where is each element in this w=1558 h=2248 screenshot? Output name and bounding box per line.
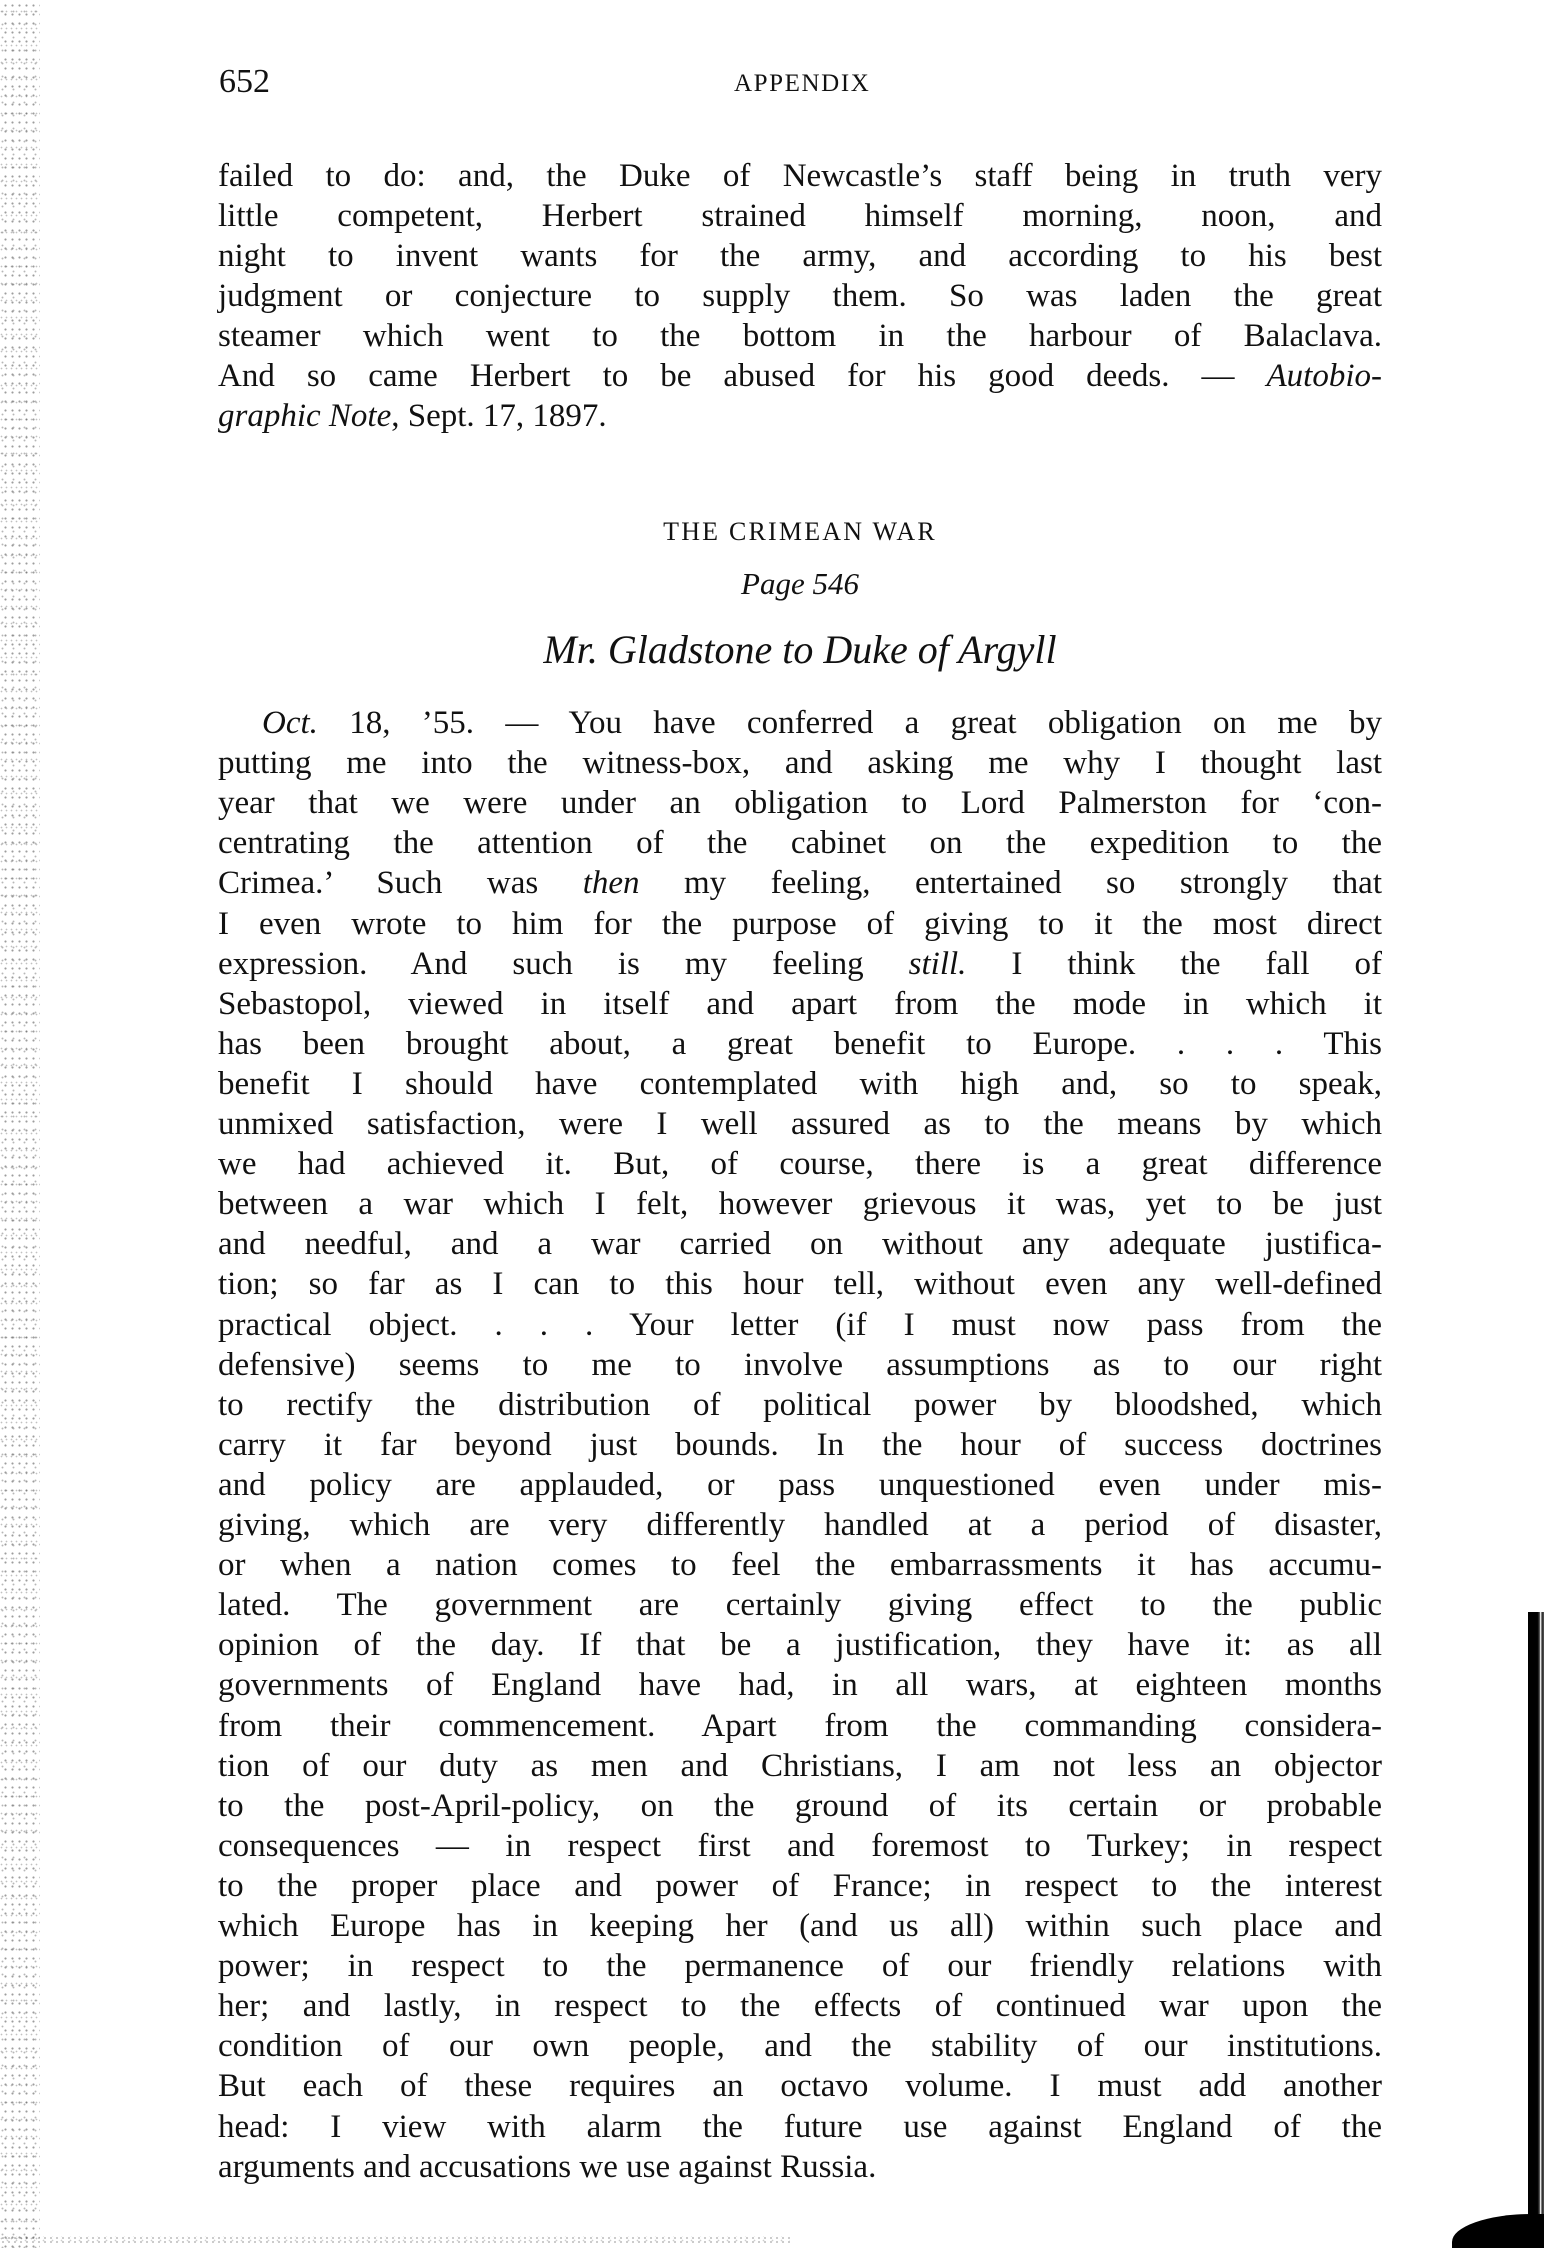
text-run: Sebastopol, viewed in itself and apart f… <box>218 986 1382 1022</box>
text-run: year that we were under an obligation to… <box>218 785 1382 821</box>
italic-text: Oct. <box>262 705 318 741</box>
text-line: giving, which are very differently handl… <box>218 1505 1382 1545</box>
text-run: practical object. . . . Your letter (if … <box>218 1307 1382 1343</box>
text-line: governments of England have had, in all … <box>218 1665 1382 1705</box>
text-line: lated. The government are certainly givi… <box>218 1585 1382 1625</box>
text-line: we had achieved it. But, of course, ther… <box>218 1144 1382 1184</box>
text-line: I even wrote to him for the purpose of g… <box>218 904 1382 944</box>
text-line: steamer which went to the bottom in the … <box>218 316 1382 356</box>
text-line: putting me into the witness-box, and ask… <box>218 743 1382 783</box>
text-run: or when a nation comes to feel the embar… <box>218 1547 1382 1583</box>
text-run: opinion of the day. If that be a justifi… <box>218 1627 1382 1663</box>
text-line: between a war which I felt, however grie… <box>218 1184 1382 1224</box>
text-line: practical object. . . . Your letter (if … <box>218 1305 1382 1345</box>
page-edge-shadow-foot <box>1452 2214 1544 2248</box>
text-line: centrating the attention of the cabinet … <box>218 823 1382 863</box>
text-run: her; and lastly, in respect to the effec… <box>218 1988 1382 2024</box>
scan-noise-left-edge <box>0 0 40 2248</box>
text-run: expression. And such is my feeling <box>218 946 909 982</box>
text-run: my feeling, entertained so strongly that <box>640 865 1382 901</box>
text-line: to the proper place and power of France;… <box>218 1866 1382 1906</box>
text-line: which Europe has in keeping her (and us … <box>218 1906 1382 1946</box>
text-run: power; in respect to the permanence of o… <box>218 1948 1382 1984</box>
text-line: carry it far beyond just bounds. In the … <box>218 1425 1382 1465</box>
text-line: defensive) seems to me to involve assump… <box>218 1345 1382 1385</box>
text-run: to the post-April-policy, on the ground … <box>218 1788 1382 1824</box>
text-line: Sebastopol, viewed in itself and apart f… <box>218 984 1382 1024</box>
text-line: Oct. 18, ’55. — You have conferred a gre… <box>262 703 1382 743</box>
italic-text: Autobio- <box>1267 358 1382 394</box>
page-number: 652 <box>219 62 270 102</box>
text-line: tion; so far as I can to this hour tell,… <box>218 1264 1382 1304</box>
text-run: 18, ’55. — You have conferred a great ob… <box>318 705 1382 741</box>
text-line: But each of these requires an octavo vol… <box>218 2066 1382 2106</box>
text-run: unmixed satisfaction, were I well assure… <box>218 1106 1382 1142</box>
text-line: consequences — in respect first and fore… <box>218 1826 1382 1866</box>
section-heading: THE CRIMEAN WAR <box>218 514 1382 550</box>
text-run: from their commencement. Apart from the … <box>218 1708 1382 1744</box>
text-run: steamer which went to the bottom in the … <box>218 318 1382 354</box>
page-edge-shadow <box>1528 1612 1544 2248</box>
text-line: arguments and accusations we use against… <box>218 2147 1382 2187</box>
text-run: putting me into the witness-box, and ask… <box>218 745 1382 781</box>
text-line: to rectify the distribution of political… <box>218 1385 1382 1425</box>
text-run: Crimea.’ Such was <box>218 865 583 901</box>
text-run: And so came Herbert to be abused for his… <box>218 358 1267 394</box>
book-page: 652 APPENDIX failed to do: and, the Duke… <box>0 0 1558 2248</box>
text-run: lated. The government are certainly givi… <box>218 1587 1382 1623</box>
text-run: and policy are applauded, or pass unques… <box>218 1467 1382 1503</box>
text-line: her; and lastly, in respect to the effec… <box>218 1986 1382 2026</box>
running-title: APPENDIX <box>734 64 870 104</box>
text-line: tion of our duty as men and Christians, … <box>218 1746 1382 1786</box>
text-line: And so came Herbert to be abused for his… <box>218 356 1382 396</box>
text-line: and needful, and a war carried on withou… <box>218 1224 1382 1264</box>
text-line: expression. And such is my feeling still… <box>218 944 1382 984</box>
text-run: between a war which I felt, however grie… <box>218 1186 1382 1222</box>
text-run: I think the fall of <box>966 946 1382 982</box>
text-line: unmixed satisfaction, were I well assure… <box>218 1104 1382 1144</box>
text-line: judgment or conjecture to supply them. S… <box>218 276 1382 316</box>
text-line: power; in respect to the permanence of o… <box>218 1946 1382 1986</box>
text-line: to the post-April-policy, on the ground … <box>218 1786 1382 1826</box>
text-run: judgment or conjecture to supply them. S… <box>218 278 1382 314</box>
text-run: benefit I should have contemplated with … <box>218 1066 1382 1102</box>
page-reference: Page 546 <box>218 566 1382 602</box>
text-run: consequences — in respect first and fore… <box>218 1828 1382 1864</box>
text-run: , Sept. 17, 1897. <box>391 398 606 434</box>
text-line: failed to do: and, the Duke of Newcastle… <box>218 156 1382 196</box>
text-run: carry it far beyond just bounds. In the … <box>218 1427 1382 1463</box>
text-run: tion of our duty as men and Christians, … <box>218 1748 1382 1784</box>
text-run: But each of these requires an octavo vol… <box>218 2068 1382 2104</box>
text-line: or when a nation comes to feel the embar… <box>218 1545 1382 1585</box>
text-line: benefit I should have contemplated with … <box>218 1064 1382 1104</box>
text-line: and policy are applauded, or pass unques… <box>218 1465 1382 1505</box>
text-run: night to invent wants for the army, and … <box>218 238 1382 274</box>
text-run: condition of our own people, and the sta… <box>218 2028 1382 2064</box>
text-run: we had achieved it. But, of course, ther… <box>218 1146 1382 1182</box>
italic-text: then <box>583 865 640 901</box>
text-line: night to invent wants for the army, and … <box>218 236 1382 276</box>
text-run: which Europe has in keeping her (and us … <box>218 1908 1382 1944</box>
text-run: failed to do: and, the Duke of Newcastle… <box>218 158 1382 194</box>
letter-heading: Mr. Gladstone to Duke of Argyll <box>218 627 1382 673</box>
text-run: head: I view with alarm the future use a… <box>218 2109 1382 2145</box>
text-line: has been brought about, a great benefit … <box>218 1024 1382 1064</box>
text-line: graphic Note, Sept. 17, 1897. <box>218 396 1382 436</box>
text-run: centrating the attention of the cabinet … <box>218 825 1382 861</box>
text-line: from their commencement. Apart from the … <box>218 1706 1382 1746</box>
italic-text: graphic Note <box>218 398 391 434</box>
scan-noise-bottom-edge <box>0 2236 790 2244</box>
text-run: has been brought about, a great benefit … <box>218 1026 1382 1062</box>
text-run: to rectify the distribution of political… <box>218 1387 1382 1423</box>
text-run: and needful, and a war carried on withou… <box>218 1226 1382 1262</box>
text-line: Crimea.’ Such was then my feeling, enter… <box>218 863 1382 903</box>
italic-text: still. <box>909 946 967 982</box>
text-line: opinion of the day. If that be a justifi… <box>218 1625 1382 1665</box>
text-line: condition of our own people, and the sta… <box>218 2026 1382 2066</box>
text-run: little competent, Herbert strained himse… <box>218 198 1382 234</box>
text-run: to the proper place and power of France;… <box>218 1868 1382 1904</box>
text-run: giving, which are very differently handl… <box>218 1507 1382 1543</box>
text-line: year that we were under an obligation to… <box>218 783 1382 823</box>
text-line: little competent, Herbert strained himse… <box>218 196 1382 236</box>
text-run: governments of England have had, in all … <box>218 1667 1382 1703</box>
text-run: arguments and accusations we use against… <box>218 2149 876 2185</box>
text-run: I even wrote to him for the purpose of g… <box>218 906 1382 942</box>
text-run: tion; so far as I can to this hour tell,… <box>218 1266 1382 1302</box>
text-line: head: I view with alarm the future use a… <box>218 2107 1382 2147</box>
text-run: defensive) seems to me to involve assump… <box>218 1347 1382 1383</box>
